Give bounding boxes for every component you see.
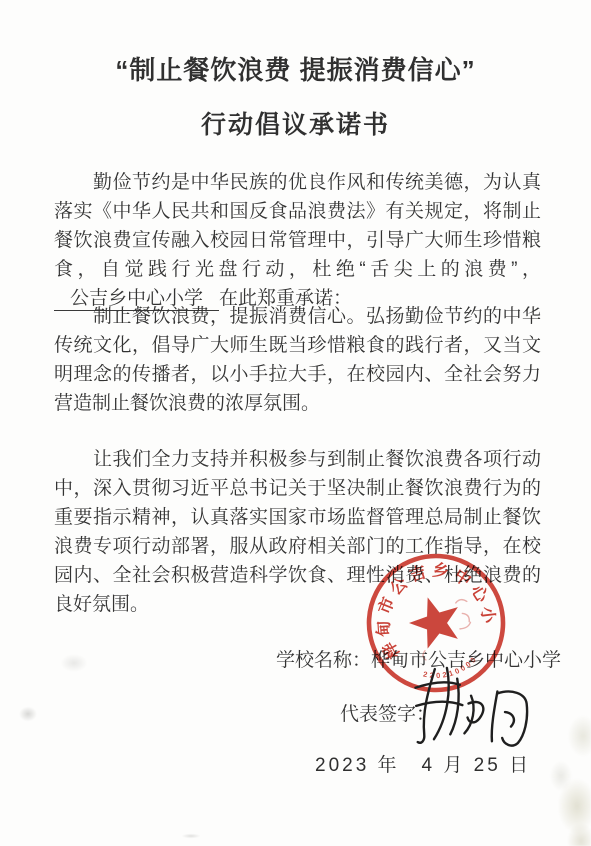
school-name-label: 学校名称：: [276, 650, 371, 671]
handwritten-signature: [408, 666, 543, 756]
scan-smudge-left: [14, 700, 48, 730]
paragraph-intro-text: 勤俭节约是中华民族的优良作风和传统美德，为认真落实《中华人民共和国反食品浪费法》…: [54, 172, 541, 280]
scan-smudge-mid: [52, 645, 98, 679]
scanned-pledge-document: “制止餐饮浪费 提振消费信心” 行动倡议承诺书 勤俭节约是中华民族的优良作风和传…: [0, 0, 591, 846]
paragraph-commitment: 制止餐饮浪费，提振消费信心。弘扬勤俭节约的中华传统文化，倡导广大师生既当珍惜粮食…: [54, 302, 541, 418]
scan-speck-bottom: [178, 832, 204, 840]
seal-star-icon: [403, 589, 467, 651]
document-title-line2: 行动倡议承诺书: [0, 105, 591, 141]
scan-smudge-bottom-right: [531, 676, 591, 846]
paragraph-intro: 勤俭节约是中华民族的优良作风和传统美德，为认真落实《中华人民共和国反食品浪费法》…: [54, 168, 541, 313]
document-title-line1: “制止餐饮浪费 提振消费信心”: [0, 50, 591, 87]
